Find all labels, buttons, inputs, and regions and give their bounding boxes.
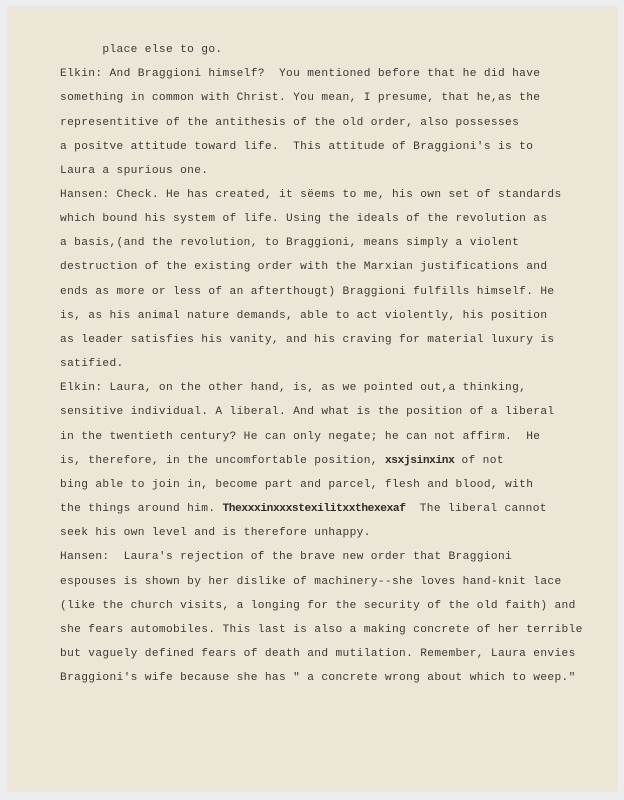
text-segment: is, therefore, in the uncomfortable posi… bbox=[60, 455, 385, 467]
text-line: Elkin: Laura, on the other hand, is, as … bbox=[60, 381, 526, 395]
text-line: but vaguely defined fears of death and m… bbox=[60, 647, 576, 661]
text-segment: The liberal cannot bbox=[406, 503, 547, 515]
text-line: Hansen: Check. He has created, it sëems … bbox=[60, 188, 562, 202]
text-line: ends as more or less of an afterthougt) … bbox=[60, 285, 554, 299]
text-segment: the things around him. bbox=[60, 503, 222, 515]
typed-over-strikeout: Thexxxinxxxstexilitxxthexexaf bbox=[222, 503, 405, 515]
text-line: seek his own level and is therefore unha… bbox=[60, 526, 371, 540]
text-line: as leader satisfies his vanity, and his … bbox=[60, 333, 554, 347]
text-line: is, as his animal nature demands, able t… bbox=[60, 309, 547, 323]
text-line: satified. bbox=[60, 357, 124, 371]
text-line: Laura a spurious one. bbox=[60, 164, 208, 178]
text-line: bing able to join in, become part and pa… bbox=[60, 478, 533, 492]
text-line: she fears automobiles. This last is also… bbox=[60, 623, 583, 637]
text-line: Elkin: And Braggioni himself? You mentio… bbox=[60, 67, 540, 81]
text-line: a basis,(and the revolution, to Braggion… bbox=[60, 236, 519, 250]
text-line: something in common with Christ. You mea… bbox=[60, 91, 540, 105]
text-line: which bound his system of life. Using th… bbox=[60, 212, 547, 226]
text-line: sensitive individual. A liberal. And wha… bbox=[60, 405, 554, 419]
text-line: (like the church visits, a longing for t… bbox=[60, 599, 576, 613]
text-line: a positve attitude toward life. This att… bbox=[60, 140, 533, 154]
text-line: Hansen: Laura's rejection of the brave n… bbox=[60, 550, 512, 564]
text-line-with-strikeout: is, therefore, in the uncomfortable posi… bbox=[60, 454, 504, 468]
text-line: destruction of the existing order with t… bbox=[60, 260, 547, 274]
typed-over-strikeout: xsxjsinxinx bbox=[385, 455, 454, 467]
text-line: espouses is shown by her dislike of mach… bbox=[60, 575, 562, 589]
text-line: Braggioni's wife because she has " a con… bbox=[60, 671, 576, 685]
text-segment: of not bbox=[454, 455, 503, 467]
text-line: in the twentieth century? He can only ne… bbox=[60, 430, 540, 444]
typewritten-page: place else to go. Elkin: And Braggioni h… bbox=[8, 7, 617, 791]
text-line-with-strikeout: the things around him. Thexxxinxxxstexil… bbox=[60, 502, 547, 516]
text-line: representitive of the antithesis of the … bbox=[60, 116, 519, 130]
text-line: place else to go. bbox=[60, 43, 222, 57]
